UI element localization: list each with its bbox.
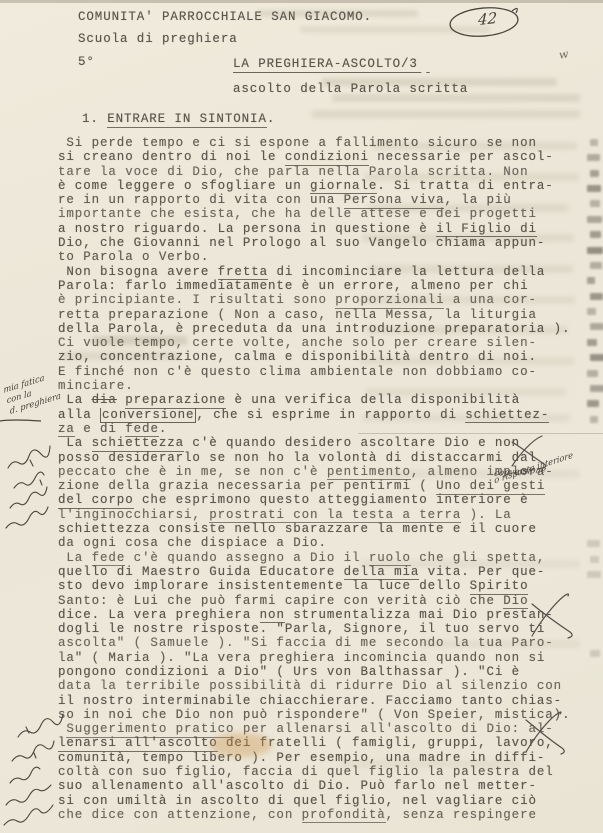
- typed-text-segment: .: [159, 422, 167, 436]
- paper-stain: [210, 733, 272, 757]
- margin-note-left: mia fatica con la d. preghiera: [2, 370, 63, 417]
- typed-text-segment: la" ( Maria ). "La vera preghiera incomi…: [58, 651, 545, 665]
- typed-text-segment: profondità: [302, 808, 386, 824]
- typed-text-segment: Santo: è Lui che può farmi capire con ve…: [58, 594, 503, 608]
- typed-text-segment: so in noi che Dio non può rispondere" ( …: [58, 708, 570, 722]
- typed-text-segment: coltà con suo figlio, faccia di quel fig…: [58, 765, 554, 779]
- typed-text-segment: Si perde tempo e ci si espone a fallimen…: [58, 136, 537, 150]
- typed-text-segment: suo allenamento all'ascolto di Dio. Può …: [58, 779, 537, 793]
- typed-text-segment: Spirito: [470, 579, 529, 595]
- x-flourish-mark: [528, 592, 576, 642]
- typed-text-segment: sto devo implorare insistentemente la lu…: [58, 579, 470, 593]
- typed-line: il nostro interminabile chiacchierare. F…: [58, 694, 603, 708]
- illegible-scribble: [0, 703, 80, 831]
- typed-text-segment: c'è quando assegno a Dio il: [125, 551, 369, 565]
- illegible-scribble: [0, 440, 72, 540]
- typed-text-segment: . Si tratta di entra-: [377, 179, 553, 193]
- typed-text-segment: conversione: [100, 408, 196, 424]
- typed-text-segment: re in un rapporto di vita con una: [58, 193, 344, 207]
- typed-line: del corpo che esprimono questo atteggiam…: [58, 493, 603, 507]
- typed-line: che dice con attenzione, con profondità,…: [58, 808, 603, 822]
- typed-line: schiettezza consiste nello sbarazzare la…: [58, 522, 603, 536]
- typed-text-segment: zio, concentrazione, calma e disponibili…: [58, 350, 537, 364]
- typed-text-segment: tare la voce di Dio, che parla nella Par…: [58, 165, 528, 179]
- typed-text-segment: za: [58, 422, 75, 438]
- typed-text-segment: strumentalizza mai Dio prestan-: [285, 608, 554, 622]
- section-title: ENTRARE IN SINTONIA: [107, 112, 267, 128]
- typed-line: da ogni cosa che dispiace a Dio.: [58, 536, 603, 550]
- typed-text-segment: vita. Per que-: [419, 565, 545, 579]
- typed-text-segment: non: [260, 608, 285, 624]
- typed-text-segment: il nostro interminabile chiacchierare. F…: [58, 694, 562, 708]
- typed-text-segment: che dice con attenzione, con: [58, 808, 302, 822]
- typed-text-segment: , senza respingere: [386, 808, 537, 822]
- scanned-document-page: COMUNITA' PARROCCHIALE SAN GIACOMO. Scuo…: [0, 0, 603, 833]
- typed-line: La dia preparazione è una verifica della…: [58, 393, 603, 407]
- x-flourish-mark: [522, 710, 568, 756]
- typed-text-segment: l'inginocchiarsi,: [58, 508, 209, 522]
- document-series: Scuola di preghiera: [78, 32, 238, 46]
- typed-text-segment: c'è quando desidero ascoltare Dio e non: [184, 436, 520, 450]
- typed-text-segment: , che si esprime in rapporto di: [196, 408, 465, 422]
- organization-title: COMUNITA' PARROCCHIALE SAN GIACOMO.: [78, 10, 372, 24]
- margin-underline-stroke: [0, 418, 42, 424]
- typed-line: l'inginocchiarsi, prostrati con la testa…: [58, 508, 603, 522]
- typed-text-segment: il Figlio di: [436, 222, 537, 238]
- typed-line: tare la voce di Dio, che parla nella Par…: [58, 165, 603, 179]
- typed-text-segment: ruolo: [369, 551, 411, 567]
- typed-text-segment: pentimento: [327, 465, 411, 481]
- typed-text-segment: La: [58, 551, 92, 565]
- typed-line: E finché non c'è questo clima ambientale…: [58, 365, 603, 379]
- typed-text-segment: dogli le nostre risposte. "Parla, Signor…: [58, 622, 545, 636]
- typed-text-segment: che gli spetta,: [411, 551, 545, 565]
- typed-text-segment: schiettez-: [465, 408, 549, 424]
- typed-text-segment: Non bisogna avere: [58, 265, 218, 279]
- section-heading: 1. ENTRARE IN SINTONIA.: [82, 112, 275, 126]
- typed-text-segment: lenarsi all'ascolto: [58, 736, 218, 752]
- typed-text-segment: Suggerimento pratico: [66, 722, 234, 738]
- typed-line: è principiante. I risultati sono proporz…: [58, 293, 603, 307]
- typed-text-segment: ). La: [461, 508, 511, 522]
- typed-text-segment: fede: [125, 422, 159, 438]
- typed-text-segment: zione della grazia necessaria per pentir…: [58, 479, 436, 493]
- typed-text-segment: della mia: [344, 565, 420, 581]
- typed-text-segment: alla: [58, 408, 100, 422]
- typed-text-segment: è come leggere o sfogliare un: [58, 179, 310, 193]
- typed-text-segment: data la terribile possibilità di ridurre…: [58, 679, 562, 693]
- typed-text-segment: dia: [92, 393, 117, 407]
- title-underline-dashes: ------------------------: [231, 66, 433, 80]
- typed-text-segment: condizioni: [285, 150, 369, 166]
- typed-line: la" ( Maria ). "La vera preghiera incomi…: [58, 651, 603, 665]
- typed-line: to Parola o Verbo.: [58, 250, 603, 264]
- section-number: 1.: [82, 112, 107, 126]
- typed-line: retta preparazione ( Non a caso, nella M…: [58, 308, 603, 322]
- typed-line: La fede c'è quando assegno a Dio il ruol…: [58, 551, 603, 565]
- typed-line: dice. La vera preghiera non strumentaliz…: [58, 608, 603, 622]
- typed-text-segment: retta preparazione ( Non a caso, nella M…: [58, 308, 537, 322]
- typed-text-segment: Ci vuole tempo, certe volte, anche solo …: [58, 336, 537, 350]
- typed-text-segment: che esprimono questo atteggiamento inter…: [134, 493, 529, 507]
- corner-pencil-mark: w: [558, 47, 570, 61]
- bleed-through-line: [312, 110, 580, 118]
- typed-text-segment: giornale: [310, 179, 377, 195]
- typed-line: si creano dentro di noi le condizioni ne…: [58, 150, 603, 164]
- typed-line: a nostro riguardo. La persona in questio…: [58, 222, 603, 236]
- typed-text-segment: necessarie per ascol-: [369, 150, 554, 164]
- typed-line: Parola: farlo immediatamente è un errore…: [58, 279, 603, 293]
- typed-line: suo allenamento all'ascolto di Dio. Può …: [58, 779, 603, 793]
- typed-line: data la terribile possibilità di ridurre…: [58, 679, 603, 693]
- section-title-period: .: [267, 112, 275, 126]
- typed-line: è come leggere o sfogliare un giornale. …: [58, 179, 603, 193]
- typed-line: dogli le nostre risposte. "Parla, Signor…: [58, 622, 603, 636]
- typed-text-segment: comunità, tempo libero ). Per esempio, u…: [58, 751, 545, 765]
- typed-line: re in un rapporto di vita con una Person…: [58, 193, 603, 207]
- page-subtitle: ascolto della Parola scritta: [233, 82, 468, 96]
- typed-line: zio, concentrazione, calma e disponibili…: [58, 350, 603, 364]
- typed-text-segment: e di: [75, 422, 125, 436]
- typed-text-segment: si creano dentro di noi le: [58, 150, 285, 164]
- typed-text-segment: schiettezza consiste nello sbarazzare la…: [58, 522, 537, 536]
- typed-text-segment: fede: [92, 551, 126, 567]
- typed-text-segment: E finché non c'è questo clima ambientale…: [58, 365, 537, 379]
- fold-crease-line: [358, 433, 603, 434]
- typed-line: quello di Maestro Guida Educatore della …: [58, 565, 603, 579]
- typed-text-segment: dice. La vera preghiera: [58, 608, 260, 622]
- typed-text-segment: Persona viva: [344, 193, 445, 209]
- typed-text-segment: to Parola o Verbo.: [58, 250, 209, 264]
- typed-text-segment: della Parola, è preceduta da una introdu…: [58, 322, 570, 336]
- session-number: 5°: [78, 55, 95, 69]
- typed-text-segment: per allenarsi all'ascolto di Dio: al-: [234, 722, 553, 736]
- typed-text-segment: si con umiltà in ascolto di quel figlio,…: [58, 794, 537, 808]
- typed-line: Dio, che Giovanni nel Prologo al suo Van…: [58, 236, 603, 250]
- typed-line: importante che esista, che ha delle atte…: [58, 207, 603, 221]
- typed-line: coltà con suo figlio, faccia di quel fig…: [58, 765, 603, 779]
- typed-line: Santo: è Lui che può farmi capire con ve…: [58, 594, 603, 608]
- typed-text-segment: , la più: [444, 193, 511, 207]
- typed-text-segment: Dio, che Giovanni nel Prologo al suo Van…: [58, 236, 545, 250]
- typed-text-segment: pongono condizioni a Dio" ( Urs von Balt…: [58, 665, 520, 679]
- typed-line: si con umiltà in ascolto di quel figlio,…: [58, 794, 603, 808]
- typed-text-segment: Dio: [503, 594, 528, 610]
- typed-text-segment: Parola: farlo immediatamente è un errore…: [58, 279, 528, 293]
- typed-line: ascolta" ( Samuele ). "Si faccia di me s…: [58, 636, 603, 650]
- typed-text-segment: proporzionali: [335, 293, 444, 309]
- typed-line: Ci vuole tempo, certe volte, anche solo …: [58, 336, 603, 350]
- typed-text-segment: fretta: [218, 265, 268, 281]
- typed-line: Non bisogna avere fretta di incominciare…: [58, 265, 603, 279]
- circled-page-number: 42: [446, 2, 530, 42]
- typed-text-segment: da ogni cosa che dispiace a Dio.: [58, 536, 327, 550]
- typed-line: pongono condizioni a Dio" ( Urs von Balt…: [58, 665, 603, 679]
- typed-text-segment: posso desiderarlo se non ho la volontà d…: [58, 451, 537, 465]
- typed-text-segment: di incominciare la lettura della: [268, 265, 545, 279]
- typed-line: sto devo implorare insistentemente la lu…: [58, 579, 603, 593]
- typed-text-segment: ascolta" ( Samuele ). "Si faccia di me s…: [58, 636, 554, 650]
- typed-text-segment: a nostro riguardo. La persona in questio…: [58, 222, 436, 236]
- typed-text-segment: quello di Maestro Guida Educatore: [58, 565, 344, 579]
- typed-text-segment: La: [58, 393, 92, 407]
- typed-text-segment: peccato che è in me, se non c'è: [58, 465, 327, 479]
- typed-line: Si perde tempo e ci si espone a fallimen…: [58, 136, 603, 150]
- typed-line: alla conversione, che si esprime in rapp…: [58, 408, 603, 422]
- typed-text-segment: è principiante. I risultati sono: [58, 293, 335, 307]
- typed-line: minciare.: [58, 379, 603, 393]
- typed-text-segment: a una cor-: [444, 293, 536, 307]
- typed-text-segment: [117, 393, 125, 407]
- x-flourish-mark: [508, 432, 548, 470]
- typed-line: della Parola, è preceduta da una introdu…: [58, 322, 603, 336]
- typed-text-segment: preparazione: [125, 393, 226, 409]
- typed-text-segment: schiettezza: [92, 436, 184, 452]
- typed-text-segment: prostrati con la testa a terra: [209, 508, 461, 524]
- typed-text-segment: minciare.: [58, 379, 134, 393]
- page-number-value: 42: [478, 9, 498, 29]
- typed-text-segment: importante che esista, che ha delle atte…: [58, 207, 537, 221]
- typed-text-segment: è una verifica della disponibilità: [226, 393, 520, 407]
